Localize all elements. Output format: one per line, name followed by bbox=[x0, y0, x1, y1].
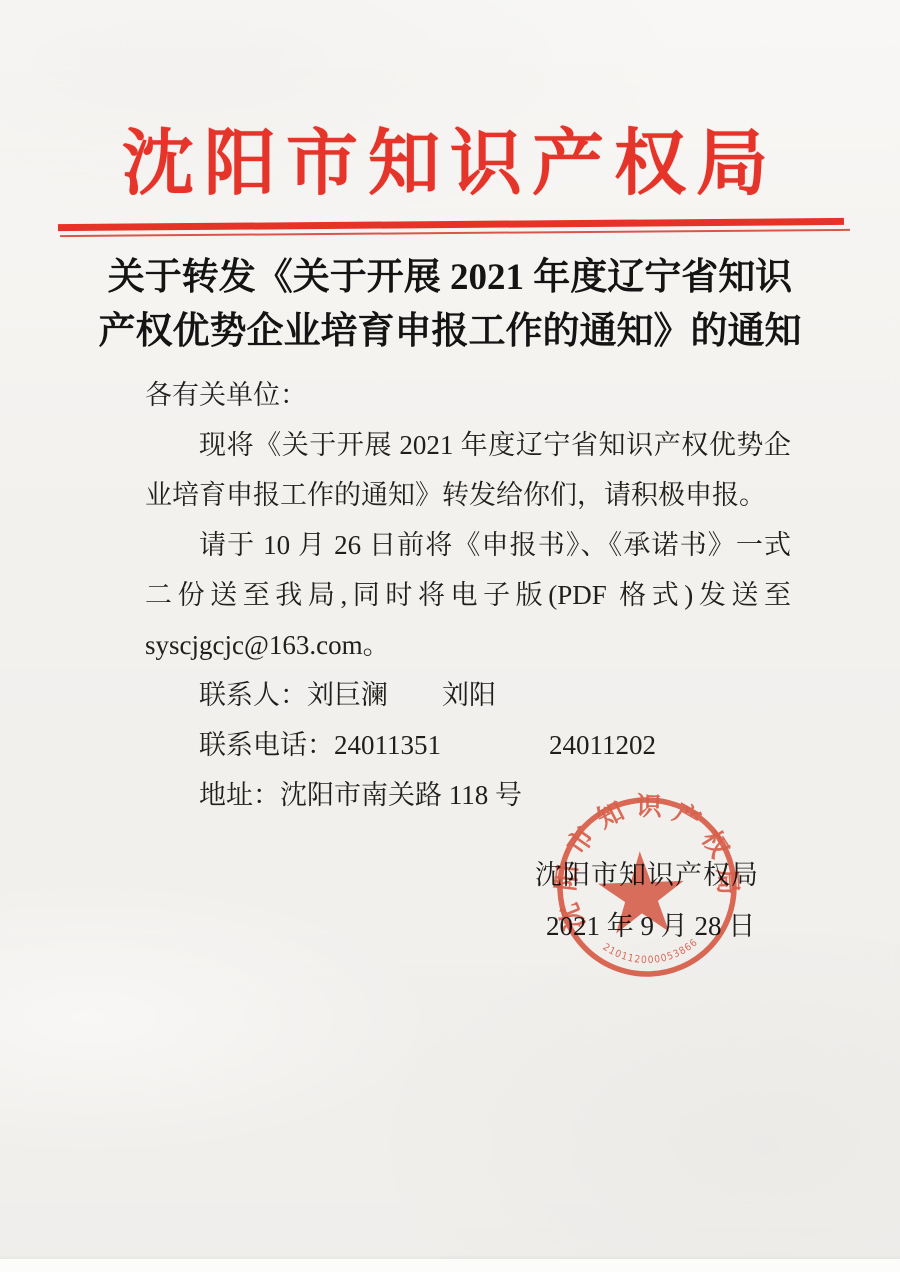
scanned-notice-page: 沈阳市知识产权局 关于转发《关于开展 2021 年度辽宁省知识 产权优势企业培育… bbox=[0, 0, 900, 1272]
contact-person-line: 联系人：刘巨澜 刘阳 bbox=[145, 670, 791, 720]
official-seal-stamp: 沈阳市知识产权局 210112000053866 bbox=[544, 784, 751, 991]
salutation: 各有关单位： bbox=[145, 370, 791, 420]
body-paragraph: 现将《关于开展 2021 年度辽宁省知识产权优势企业培育申报工作的通知》转发给你… bbox=[145, 420, 791, 520]
document-title: 关于转发《关于开展 2021 年度辽宁省知识 产权优势企业培育申报工作的通知》的… bbox=[70, 251, 830, 359]
document-body: 各有关单位： 现将《关于开展 2021 年度辽宁省知识产权优势企业培育申报工作的… bbox=[145, 370, 791, 820]
document-title-line2: 产权优势企业培育申报工作的通知》的通知 bbox=[70, 305, 830, 359]
contact-phone-line: 联系电话：24011351 24011202 bbox=[145, 720, 791, 770]
agency-header-title: 沈阳市知识产权局 bbox=[0, 116, 900, 212]
red-divider-rule bbox=[58, 218, 848, 242]
body-paragraph: 请于 10 月 26 日前将《申报书》、《承诺书》一式二份送至我局,同时将电子版… bbox=[145, 520, 791, 670]
star-icon bbox=[597, 850, 685, 934]
document-title-line1: 关于转发《关于开展 2021 年度辽宁省知识 bbox=[70, 251, 830, 305]
